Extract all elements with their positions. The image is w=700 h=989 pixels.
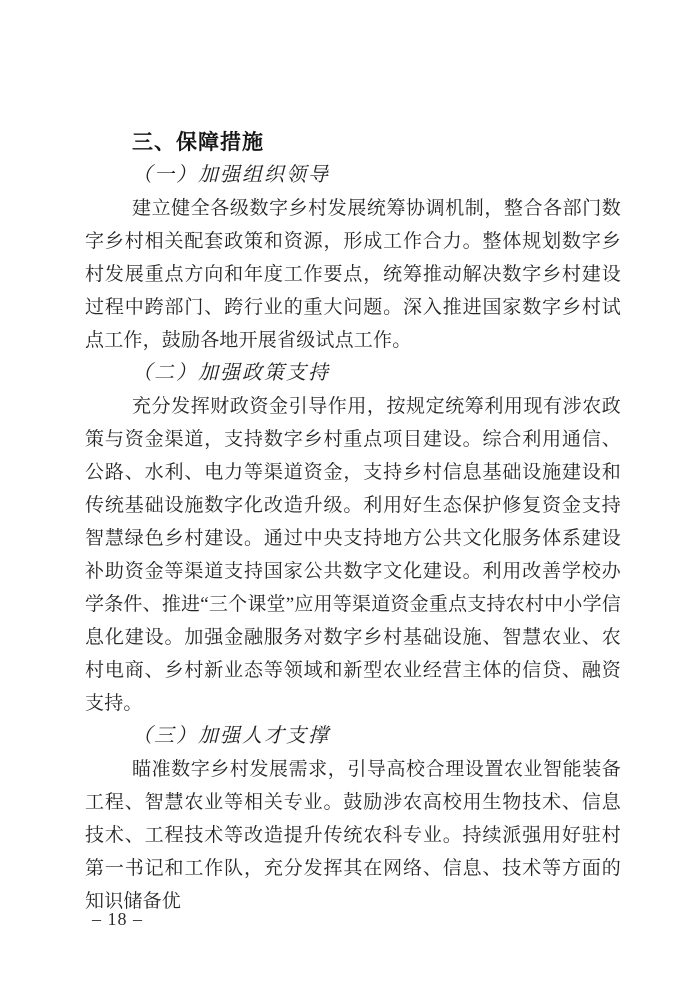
document-content: 三、保障措施 （一）加强组织领导 建立健全各级数字乡村发展统筹协调机制，整合各部… (85, 126, 621, 918)
subsection-2-heading: （二）加强政策支持 (85, 357, 621, 390)
subsection-2-body: 充分发挥财政资金引导作用，按规定统筹利用现有涉农政策与资金渠道，支持数字乡村重点… (85, 390, 621, 720)
subsection-1-heading: （一）加强组织领导 (85, 159, 621, 192)
page-number: – 18 – (92, 908, 143, 930)
document-page: 三、保障措施 （一）加强组织领导 建立健全各级数字乡村发展统筹协调机制，整合各部… (0, 0, 700, 989)
subsection-1-body: 建立健全各级数字乡村发展统筹协调机制，整合各部门数字乡村相关配套政策和资源，形成… (85, 192, 621, 357)
subsection-3-body: 瞄准数字乡村发展需求，引导高校合理设置农业智能装备工程、智慧农业等相关专业。鼓励… (85, 753, 621, 918)
section-heading: 三、保障措施 (85, 126, 621, 159)
subsection-3-heading: （三）加强人才支撑 (85, 720, 621, 753)
